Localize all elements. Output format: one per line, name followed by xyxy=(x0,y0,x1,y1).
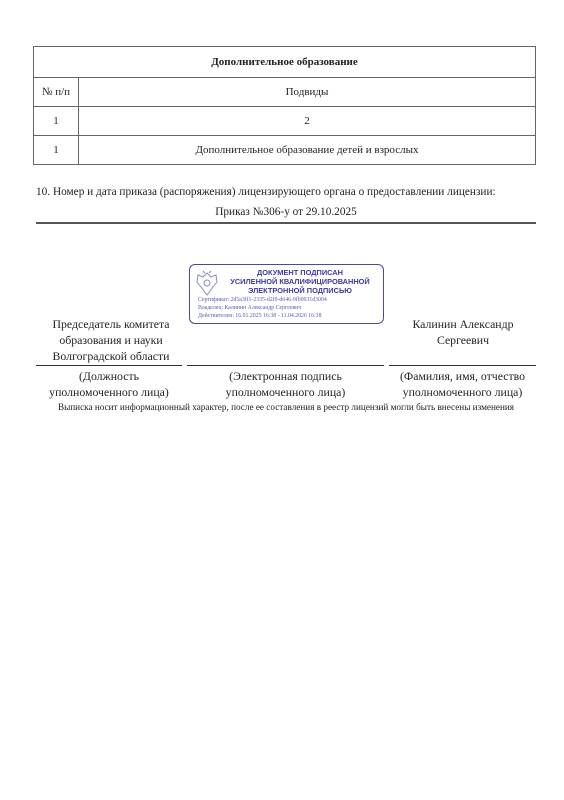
signature-line-esign xyxy=(187,365,384,366)
caption-name: (Фамилия, имя, отчествоуполномоченного л… xyxy=(389,368,536,400)
cell-num: 1 xyxy=(34,136,79,165)
section-10-label: 10. Номер и дата приказа (распоряжения) … xyxy=(36,186,496,198)
signatory-position: Председатель комитетаобразования и науки… xyxy=(36,316,186,364)
table-row: 12 xyxy=(34,107,536,136)
divider xyxy=(36,222,536,224)
stamp-certificate: Сертификат: 2d5a3ff1-2335-d2f0-d646-9fb9… xyxy=(198,297,327,304)
table-title: Дополнительное образование xyxy=(34,47,536,78)
column-header-subtypes: Подвиды xyxy=(79,78,536,107)
stamp-line1: ДОКУМЕНТ ПОДПИСАН xyxy=(220,268,380,277)
signature-line-name xyxy=(389,365,536,366)
signature-line-position xyxy=(36,365,182,366)
disclaimer-note: Выписка носит информационный характер, п… xyxy=(36,402,536,412)
caption-signature: (Электронная подписьуполномоченного лица… xyxy=(187,368,384,400)
e-signature-stamp: ДОКУМЕНТ ПОДПИСАН УСИЛЕННОЙ КВАЛИФИЦИРОВ… xyxy=(189,264,384,324)
table-row: 1Дополнительное образование детей и взро… xyxy=(34,136,536,165)
stamp-valid: Действителен: 16.01.2025 16:38 - 11.04.2… xyxy=(198,313,321,320)
caption-position: (Должностьуполномоченного лица) xyxy=(36,368,182,400)
additional-education-table: Дополнительное образование № п/пПодвиды … xyxy=(33,46,536,165)
cell-name: 2 xyxy=(79,107,536,136)
stamp-line3: ЭЛЕКТРОННОЙ ПОДПИСЬЮ xyxy=(220,286,380,295)
column-header-num: № п/п xyxy=(34,78,79,107)
cell-name: Дополнительное образование детей и взрос… xyxy=(79,136,536,165)
stamp-owner: Владелец: Калинин Александр Сергеевич xyxy=(198,305,301,312)
order-value: Приказ №306-у от 29.10.2025 xyxy=(36,206,536,218)
coat-of-arms-icon xyxy=(194,269,220,299)
signatory-name: Калинин АлександрСергеевич xyxy=(390,316,536,348)
cell-num: 1 xyxy=(34,107,79,136)
stamp-line2: УСИЛЕННОЙ КВАЛИФИЦИРОВАННОЙ xyxy=(220,277,380,286)
